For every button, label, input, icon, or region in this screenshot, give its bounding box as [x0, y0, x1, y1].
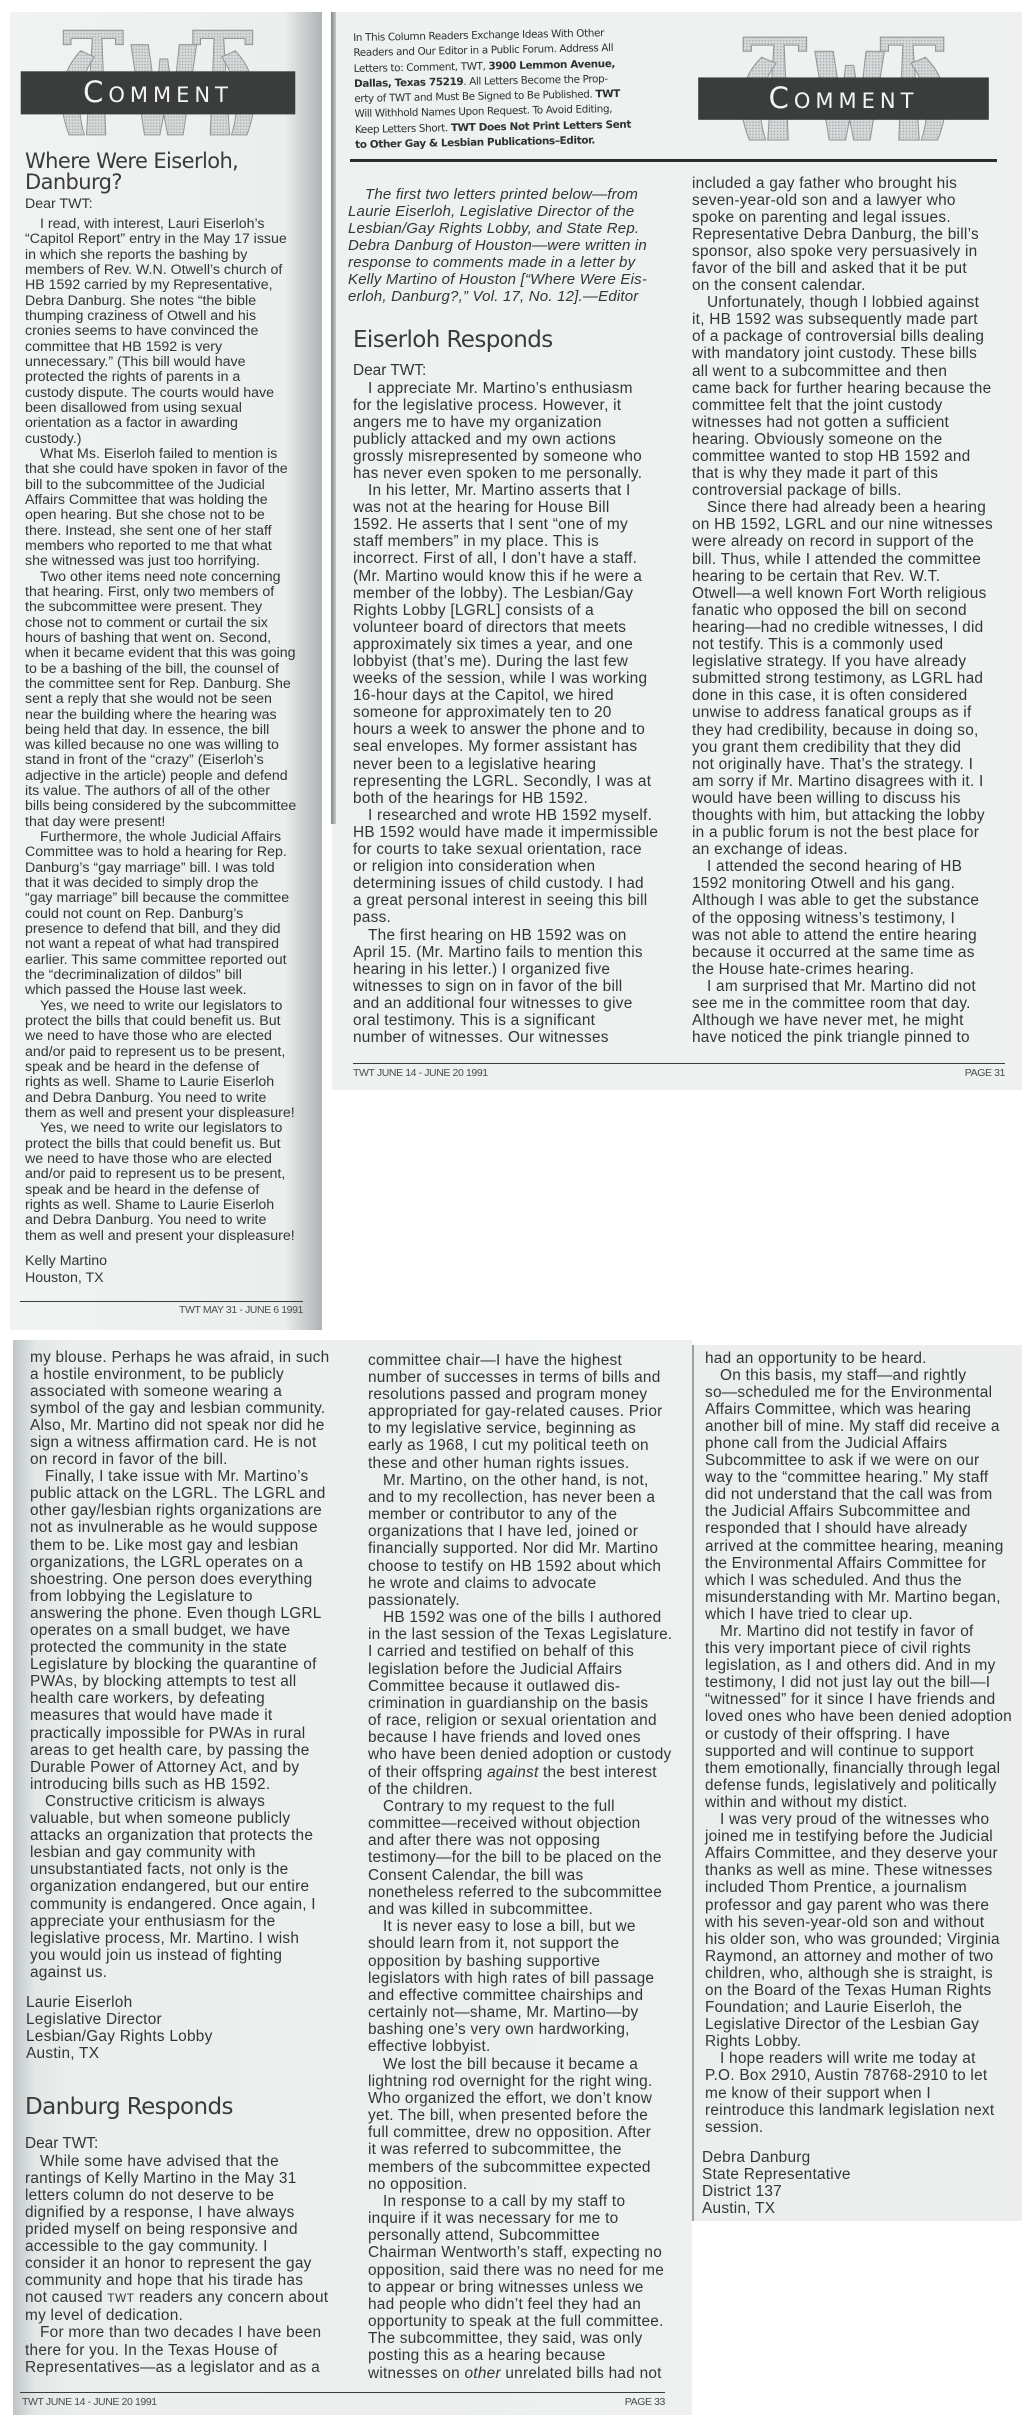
text-line: inquire if it was necessary for me to — [368, 2210, 672, 2227]
signature-line: Houston, TX — [25, 1270, 107, 1287]
text-line: not as invulnerable as he would suppose — [30, 1519, 329, 1536]
signature-line: Lesbian/Gay Rights Lobby — [26, 2028, 213, 2045]
text-line: Raymond, an attorney and mother of two — [705, 1948, 1012, 1965]
text-line: consider it an honor to represent the ga… — [25, 2255, 328, 2272]
text-line: his older son, who was grounded; Virgini… — [705, 1931, 1012, 1948]
text-line: being held that day. In essence, the bil… — [25, 723, 296, 738]
text-line: included a gay father who brought his — [692, 175, 993, 192]
footer-rule — [20, 1301, 303, 1302]
text-line: session. — [705, 2119, 1012, 2136]
text-line: done in this case, it is often considere… — [692, 687, 993, 704]
text-line: erloh, Danburg?,” Vol. 17, No. 12].—Edit… — [348, 288, 647, 305]
text-line: adjective in the article) people and def… — [25, 769, 296, 784]
text-line: For more than two decades I have been — [25, 2324, 328, 2341]
paragraph: For more than two decades I have beenthe… — [25, 2324, 328, 2375]
text-line: protected the rights of parents in a — [25, 370, 296, 385]
text-line: thumping craziness of Otwell and his — [25, 309, 296, 324]
text-line: stand in front of the “crazy” (Eiserloh’… — [25, 753, 296, 768]
text-line: hearing in his letter.) I organized five — [353, 961, 658, 978]
text-line: within and without my distict. — [705, 1794, 1012, 1811]
text-line: of their offspring against the best inte… — [368, 1764, 672, 1781]
text-line: I researched and wrote HB 1592 myself. — [353, 807, 658, 824]
text-run: of their offspring — [368, 1764, 487, 1781]
salutation: Dear TWT: — [353, 362, 426, 379]
comment-band: Comment — [699, 77, 988, 119]
text-line: The subcommittee, they said, was only — [368, 2330, 672, 2347]
signature-line: Austin, TX — [702, 2200, 851, 2217]
text-line: would have been willing to discuss his — [692, 790, 993, 807]
paragraph: It is never easy to lose a bill, but wes… — [368, 1918, 672, 2055]
text-line: to appear or bring witnesses unless we — [368, 2279, 672, 2296]
letter-body-continued: had an opportunity to be heard.On this b… — [705, 1350, 1012, 2136]
text-line: unsubstantiated facts, not only is the — [30, 1861, 329, 1878]
text-line: have noticed the pink triangle pinned to — [692, 1029, 993, 1046]
text-line: fanatic who opposed the bill on second — [692, 602, 993, 619]
text-line: them emotionally, financially through le… — [705, 1760, 1012, 1777]
text-line: unnecessary.” (This bill would have — [25, 355, 296, 370]
paragraph: Finally, I take issue with Mr. Martino’s… — [30, 1468, 329, 1793]
text-line: hours a week to answer the phone and to — [353, 721, 658, 738]
text-line: that she could have spoken in favor of t… — [25, 462, 296, 477]
paragraph: On this basis, my staff—and rightlyso—sc… — [705, 1367, 1012, 1623]
text-line: lightning rod overnight for the right wi… — [368, 2073, 672, 2090]
text-line: children, who, although she is straight,… — [705, 1965, 1012, 1982]
footer-rule — [20, 2392, 665, 2393]
text-line: favor of the bill and asked that it be p… — [692, 260, 993, 277]
text-line: personally attend, Subcommittee — [368, 2227, 672, 2244]
comment-band: Comment — [22, 71, 295, 114]
text-line: lobbyist (that’s me). During the last fe… — [353, 653, 658, 670]
text-line: Laurie Eiserloh, Legislative Director of… — [348, 203, 647, 220]
text-line: rights as well. Shame to Laurie Eiserloh — [25, 1198, 296, 1213]
text-line: bill to the subcommittee of the Judicial — [25, 478, 296, 493]
text-line: Danburg’s “gay marriage” bill. I was tol… — [25, 861, 296, 876]
text-line: Kelly Martino of Houston [“Where Were Ei… — [348, 271, 647, 288]
text-line: that is why they made it part of this — [692, 465, 993, 482]
text-run: the best interest — [539, 1764, 657, 1781]
text-line: my level of dedication. — [25, 2307, 328, 2324]
text-line: arrived at the committee hearing, meanin… — [705, 1538, 1012, 1555]
text-line: The first hearing on HB 1592 was on — [353, 927, 658, 944]
text-line: all went to a subcommittee and then — [692, 363, 993, 380]
text-line: to my legislative service, beginning as — [368, 1420, 672, 1437]
paragraph: I attended the second hearing of HB1592 … — [692, 858, 993, 978]
text-line: Subcommittee to ask if we were on our — [705, 1452, 1012, 1469]
comment-masthead: Comment — [13, 20, 303, 138]
text-line: cronies seems to have convinced the — [25, 324, 296, 339]
text-line: 1592 monitoring Otwell and his gang. — [692, 875, 993, 892]
signature-line: Austin, TX — [26, 2045, 213, 2062]
text-line: on the Board of the Texas Human Rights — [705, 1982, 1012, 1999]
text-line: legislative strategy. If you have alread… — [692, 653, 993, 670]
text-line: protect the bills that could benefit us.… — [25, 1014, 296, 1029]
text-line: the Judicial Affairs Subcommittee and — [705, 1503, 1012, 1520]
paragraph: Furthermore, the whole Judicial AffairsC… — [25, 830, 296, 999]
paragraph: I am surprised that Mr. Martino did nots… — [692, 978, 993, 1046]
text-line: Who organized the effort, we don’t know — [368, 2090, 672, 2107]
text-line: submitted strong testimony, as LGRL had — [692, 670, 993, 687]
signature-line: Kelly Martino — [25, 1253, 107, 1270]
text-line: measures that would have made it — [30, 1707, 329, 1724]
text-line: could not count on Rep. Danburg’s — [25, 907, 296, 922]
text-run: Keep Letters Short. — [355, 122, 451, 136]
paragraph: Constructive criticism is alwaysvaluable… — [30, 1793, 329, 1981]
masthead-label: Comment — [83, 78, 233, 107]
text-line: we need to have those who are elected — [25, 1029, 296, 1044]
text-line: representing the LGRL. Secondly, I was a… — [353, 773, 658, 790]
text-line: early as 1968, I cut my political teeth … — [368, 1437, 672, 1454]
text-line: had people who didn’t feel they had an — [368, 2296, 672, 2313]
text-line: I read, with interest, Lauri Eiserloh’s — [25, 217, 296, 232]
text-line: We lost the bill because it became a — [368, 2056, 672, 2073]
text-line: there for you. In the Texas House of — [25, 2342, 328, 2359]
text-run: Letters to: Comment, TWT, — [354, 60, 489, 75]
bold-text: TWT Does Not Print Letters Sent — [451, 118, 631, 133]
text-line: effective lobbyist. — [368, 2038, 672, 2055]
text-line: and/or paid to represent us to be presen… — [25, 1167, 296, 1182]
text-line: both of the hearings for HB 1592. — [353, 790, 658, 807]
text-line: of a package of controversial bills deal… — [692, 328, 993, 345]
text-line: financially supported. Nor did Mr. Marti… — [368, 1540, 672, 1557]
paragraph: Contrary to my request to the fullcommit… — [368, 1798, 672, 1918]
text-line: other gay/lesbian rights organizations a… — [30, 1502, 329, 1519]
text-line: and after there was not opposing — [368, 1832, 672, 1849]
italic-text: against — [487, 1764, 538, 1781]
text-line: earlier. This same committee reported ou… — [25, 953, 296, 968]
text-line: Unfortunately, though I lobbied against — [692, 294, 993, 311]
text-line: symbol of the gay and lesbian community. — [30, 1400, 329, 1417]
text-line: answering the phone. Even though LGRL — [30, 1605, 329, 1622]
letter-body-continued: committee chair—I have the highestnumber… — [368, 1352, 672, 2382]
text-line: loved ones who have been denied adoption — [705, 1708, 1012, 1725]
text-line: speak and be heard in the defense of — [25, 1060, 296, 1075]
text-line: and to my recollection, has never been a — [368, 1489, 672, 1506]
text-line: not caused TWT readers any concern about — [25, 2289, 328, 2307]
text-run: . All Letters Become the Prop- — [463, 73, 608, 88]
issue-date: TWT JUNE 14 - JUNE 20 1991 — [22, 2395, 157, 2409]
text-line: associated with someone wearing a — [30, 1383, 329, 1400]
text-line: on the consent calendar. — [692, 277, 993, 294]
text-line: orientation as a factor in awarding — [25, 416, 296, 431]
text-line: Legislature by blocking the quarantine o… — [30, 1656, 329, 1673]
text-line: and Debra Danburg. You need to write — [25, 1213, 296, 1228]
text-line: with mandatory joint custody. These bill… — [692, 345, 993, 362]
text-line: of race, religion or sexual orientation … — [368, 1712, 672, 1729]
text-line: community is endangered. Once again, I — [30, 1896, 329, 1913]
text-line: seal envelopes. My former assistant has — [353, 738, 658, 755]
text-line: on HB 1592, LGRL and our nine witnesses — [692, 516, 993, 533]
letter-body-continued: included a gay father who brought hissev… — [692, 175, 993, 1047]
text-line: the committee sent for Rep. Danburg. She — [25, 677, 296, 692]
text-line: nonetheless referred to the subcommittee — [368, 1884, 672, 1901]
text-line: HB 1592 carried by my Representative, — [25, 278, 296, 293]
text-line: Two other items need note concerning — [25, 570, 296, 585]
text-line: HB 1592 was one of the bills I authored — [368, 1609, 672, 1626]
text-line: sponsor, also spoke very persuasively in — [692, 243, 993, 260]
text-line: passionately. — [368, 1592, 672, 1609]
text-line: joined me in testifying before the Judic… — [705, 1828, 1012, 1845]
header-rule — [350, 159, 997, 162]
text-line: not originally have. That’s the strategy… — [692, 756, 993, 773]
text-line: opposition by bashing supportive — [368, 1953, 672, 1970]
text-line: dignified by a response, I have always — [25, 2204, 328, 2221]
text-line: he wrote and claims to advocate — [368, 1575, 672, 1592]
paragraph: I researched and wrote HB 1592 myself.HB… — [353, 807, 658, 927]
text-line: should learn from it, not support the — [368, 1935, 672, 1952]
text-line: posting this as a hearing because — [368, 2347, 672, 2364]
text-line: never been to a legislative hearing — [353, 756, 658, 773]
text-line: had an opportunity to be heard. — [705, 1350, 1012, 1367]
text-line: introducing bills such as HB 1592. — [30, 1776, 329, 1793]
text-line: me know of their support when I — [705, 2085, 1012, 2102]
letter-body-continued: my blouse. Perhaps he was afraid, in suc… — [30, 1349, 329, 1981]
headline: Where Were Eiserloh,Danburg? — [25, 151, 238, 192]
signature-line: State Representative — [702, 2166, 851, 2183]
text-line: What Ms. Eiserloh failed to mention is — [25, 447, 296, 462]
text-line: the “decriminalization of dildos” bill — [25, 968, 296, 983]
text-line: hours of bashing that went on. Second, — [25, 631, 296, 646]
text-line: did not understand that the call was fro… — [705, 1486, 1012, 1503]
italic-text: other — [465, 2365, 501, 2382]
text-line: testimony—for the bill to be placed on t… — [368, 1849, 672, 1866]
text-line: attacks an organization that protects th… — [30, 1827, 329, 1844]
text-line: certainly not—shame, Mr. Martino—by — [368, 2004, 672, 2021]
text-line: “Capitol Report” entry in the May 17 iss… — [25, 232, 296, 247]
text-line: included Thom Prentice, a journalism — [705, 1879, 1012, 1896]
text-line: Furthermore, the whole Judicial Affairs — [25, 830, 296, 845]
letter-body: While some have advised that therantings… — [25, 2153, 328, 2376]
text-line: opportunity to speak at the full committ… — [368, 2313, 672, 2330]
text-line: another bill of mine. My staff did recei… — [705, 1418, 1012, 1435]
text-line: Otwell—a well known Fort Worth religious — [692, 585, 993, 602]
text-line: In response to a call by my staff to — [368, 2193, 672, 2210]
text-line: and Debra Danburg. You need to write — [25, 1091, 296, 1106]
text-line: prided myself on being responsive and — [25, 2221, 328, 2238]
paragraph: Yes, we need to write our legislators to… — [25, 999, 296, 1122]
text-line: public attack on the LGRL. The LGRL and — [30, 1485, 329, 1502]
text-line: not want a repeat of what had transpired — [25, 937, 296, 952]
text-line: open hearing. But she chose not to be — [25, 508, 296, 523]
bold-text: to Other Gay & Lesbian Publications–Edit… — [355, 134, 595, 151]
text-line: determining issues of child custody. I h… — [353, 875, 658, 892]
paragraph: We lost the bill because it became aligh… — [368, 2056, 672, 2193]
text-line: yet. The bill, when presented before the — [368, 2107, 672, 2124]
text-line: unwise to address fanatical groups as if — [692, 704, 993, 721]
headline-line: Danburg? — [25, 172, 238, 193]
text-line: crimination in guardianship on the basis — [368, 1695, 672, 1712]
text-line: my blouse. Perhaps he was afraid, in suc… — [30, 1349, 329, 1366]
paragraph: In This Column Readers Exchange Ideas Wi… — [353, 26, 631, 153]
paragraph: I appreciate Mr. Martino’s enthusiasmfor… — [353, 380, 658, 483]
paragraph: In his letter, Mr. Martino asserts that … — [353, 482, 658, 807]
text-line: committee wanted to stop HB 1592 and — [692, 448, 993, 465]
text-line: members of Rev. W.N. Otwell’s church of — [25, 263, 296, 278]
text-line: Durable Power of Attorney Act, and by — [30, 1759, 329, 1776]
text-line: response to comments made in a letter by — [348, 254, 647, 271]
text-line: committee that HB 1592 is very — [25, 340, 296, 355]
text-line: oral testimony. This is a significant — [353, 1012, 658, 1029]
text-line: was not at the hearing for House Bill — [353, 499, 658, 516]
letter-body: I appreciate Mr. Martino’s enthusiasmfor… — [353, 380, 658, 1047]
text-line: number of successes in terms of bills an… — [368, 1369, 672, 1386]
text-line: for the legislative process. However, it — [353, 397, 658, 414]
paragraph: I was very proud of the witnesses whojoi… — [705, 1811, 1012, 2050]
text-line: a hostile environment, to be publicly — [30, 1366, 329, 1383]
text-line: incorrect. First of all, I don’t have a … — [353, 550, 658, 567]
text-line: witnesses on other unrelated bills had n… — [368, 2365, 672, 2382]
issue-date: TWT MAY 31 - JUNE 6 1991 — [179, 1303, 303, 1317]
text-line: or religion into consideration when — [353, 858, 658, 875]
page-number: PAGE 31 — [965, 1066, 1005, 1080]
text-line: Yes, we need to write our legislators to — [25, 999, 296, 1014]
text-line: them as well and present your displeasur… — [25, 1229, 296, 1244]
signature-line: District 137 — [702, 2183, 851, 2200]
text-line: this very important piece of civil right… — [705, 1640, 1012, 1657]
text-run: unrelated bills had not — [501, 2365, 662, 2382]
text-line: a great personal interest in seeing this… — [353, 892, 658, 909]
text-line: Affairs Committee that was holding the — [25, 493, 296, 508]
text-line: you would join us instead of fighting — [30, 1947, 329, 1964]
text-line: the Environmental Affairs Committee for — [705, 1555, 1012, 1572]
text-line: in which she reports the bashing by — [25, 248, 296, 263]
text-line: supported and will continue to support — [705, 1743, 1012, 1760]
text-line: Mr. Martino, on the other hand, is not, — [368, 1472, 672, 1489]
text-line: phone call from the Judicial Affairs — [705, 1435, 1012, 1452]
text-line: on record in favor of the bill. — [30, 1451, 329, 1468]
text-line: speak and be heard in the defense of — [25, 1183, 296, 1198]
text-line: someone for approximately ten to 20 — [353, 704, 658, 721]
text-line: Affairs Committee, and they deserve your — [705, 1845, 1012, 1862]
text-line: and an additional four witnesses to give — [353, 995, 658, 1012]
text-line: its value. The authors of all of the oth… — [25, 784, 296, 799]
text-line: and/or paid to represent us to be presen… — [25, 1045, 296, 1060]
text-line: members of the subcommittee expected — [368, 2159, 672, 2176]
text-line: was killed because no one was willing to — [25, 738, 296, 753]
text-line: were already on record in support of the — [692, 533, 993, 550]
text-line: or custody of their offspring. I have — [705, 1726, 1012, 1743]
text-line: been disallowed from using sexual — [25, 401, 296, 416]
text-line: letters column do not deserve to be — [25, 2187, 328, 2204]
editor-note: The first two letters printed below—from… — [348, 186, 647, 305]
text-line: witnesses to sign on in favor of the bil… — [353, 978, 658, 995]
text-line: in a public forum is not the best place … — [692, 824, 993, 841]
paragraph: Yes, we need to write our legislators to… — [25, 1121, 296, 1244]
text-line: Committee because it outlawed dis- — [368, 1678, 672, 1695]
text-line: hearing to be certain that Rev. W.T. — [692, 568, 993, 585]
text-run: witnesses on — [368, 2365, 465, 2382]
text-line: testimony, I did not just lay out the bi… — [705, 1674, 1012, 1691]
text-run: not caused — [25, 2289, 107, 2306]
signature-line: Laurie Eiserloh — [26, 1994, 213, 2011]
text-line: and was killed in subcommittee. — [368, 1901, 672, 1918]
text-line: Although I was able to get the substance — [692, 892, 993, 909]
text-line: sign a witness affirmation card. He is n… — [30, 1434, 329, 1451]
paragraph: my blouse. Perhaps he was afraid, in suc… — [30, 1349, 329, 1469]
footer-rule — [353, 1063, 1005, 1064]
text-line: angers me to have my organization — [353, 414, 658, 431]
text-line: defense funds, legislatively and politic… — [705, 1777, 1012, 1794]
signature: Debra DanburgState RepresentativeDistric… — [702, 2149, 851, 2217]
text-line: there. Instead, she sent one of her staf… — [25, 524, 296, 539]
text-line: I appreciate Mr. Martino’s enthusiasm — [353, 380, 658, 397]
text-line: them as well and present your displeasur… — [25, 1106, 296, 1121]
text-line: Finally, I take issue with Mr. Martino’s — [30, 1468, 329, 1485]
paragraph: What Ms. Eiserloh failed to mention isth… — [25, 447, 296, 570]
text-line: Lesbian/Gay Rights Lobby, and State Rep. — [348, 220, 647, 237]
text-line: grossly misrepresented by someone who — [353, 448, 658, 465]
text-line: chose not to comment or curtail the six — [25, 616, 296, 631]
text-line: Affairs Committee, which was hearing — [705, 1401, 1012, 1418]
text-line: bill. Thus, while I attended the committ… — [692, 551, 993, 568]
text-line: them to be. Like most gay and lesbian — [30, 1537, 329, 1554]
text-line: “witnessed” for it since I have friends … — [705, 1691, 1012, 1708]
text-line: resolutions passed and program money — [368, 1386, 672, 1403]
text-line: P.O. Box 2910, Austin 78768-2910 to let — [705, 2067, 1012, 2084]
text-line: opposition, said there was no need for m… — [368, 2262, 672, 2279]
letter-body: I read, with interest, Lauri Eiserloh’s“… — [25, 217, 296, 1244]
text-line: an exchange of ideas. — [692, 841, 993, 858]
text-line: has never even spoken to me personally. — [353, 465, 658, 482]
text-line: they had credibility, because in doing s… — [692, 722, 993, 739]
text-line: to be a bashing of the bill, the counsel… — [25, 662, 296, 677]
text-line: Yes, we need to write our legislators to — [25, 1121, 296, 1136]
signature: Kelly MartinoHouston, TX — [25, 1253, 107, 1287]
paragraph: had an opportunity to be heard. — [705, 1350, 1012, 1367]
text-line: Since there had already been a hearing — [692, 499, 993, 516]
signature-line: Debra Danburg — [702, 2149, 851, 2166]
text-line: for courts to take sexual orientation, r… — [353, 841, 658, 858]
text-line: sent a reply that she would not be seen — [25, 692, 296, 707]
text-line: see me in the committee room that day. — [692, 995, 993, 1012]
text-line: no opposition. — [368, 2176, 672, 2193]
signature-line: Legislative Director — [26, 2011, 213, 2028]
text-line: not testify. This is a commonly used — [692, 636, 993, 653]
text-line: in the last session of the Texas Legisla… — [368, 1626, 672, 1643]
issue-date: TWT JUNE 14 - JUNE 20 1991 — [353, 1066, 488, 1080]
text-line: and effective committee chairships and — [368, 1987, 672, 2004]
text-line: accessible to the gay community. I — [25, 2238, 328, 2255]
text-line: Foundation; and Laurie Eiserloh, the — [705, 1999, 1012, 2016]
paragraph: Unfortunately, though I lobbied againsti… — [692, 294, 993, 499]
paragraph: Mr. Martino did not testify in favor oft… — [705, 1623, 1012, 1811]
paragraph: In response to a call by my staff toinqu… — [368, 2193, 672, 2382]
comment-masthead: Comment — [690, 27, 997, 143]
text-line: way to the “committee hearing.” My staff — [705, 1469, 1012, 1486]
text-line: so—scheduled me for the Environmental — [705, 1384, 1012, 1401]
text-line: professor and gay parent who was there — [705, 1897, 1012, 1914]
text-line: the House hate-crimes hearing. — [692, 961, 993, 978]
text-line: weeks of the session, while I was workin… — [353, 670, 658, 687]
text-line: bashing one’s very own hardworking, — [368, 2021, 672, 2038]
paragraph: Since there had already been a hearingon… — [692, 499, 993, 858]
text-line: of the opposing witness’s testimony, I — [692, 910, 993, 927]
text-line: which I have tried to clear up. — [705, 1606, 1012, 1623]
text-line: controversial package of bills. — [692, 482, 993, 499]
text-line: Committee was to hold a hearing for Rep. — [25, 845, 296, 860]
headline: Danburg Responds — [25, 2093, 233, 2121]
text-line: that it was decided to simply drop the — [25, 876, 296, 891]
text-line: April 15. (Mr. Martino fails to mention … — [353, 944, 658, 961]
text-line: Chairman Wentworth’s staff, expecting no — [368, 2244, 672, 2261]
text-line: thoughts with him, but attacking the lob… — [692, 807, 993, 824]
paragraph: included a gay father who brought hissev… — [692, 175, 993, 295]
text-line: I am surprised that Mr. Martino did not — [692, 978, 993, 995]
text-line: with his seven-year-old son and without — [705, 1914, 1012, 1931]
masthead-label: Comment — [769, 84, 919, 113]
text-line: practically impossible for PWAs in rural — [30, 1725, 329, 1742]
text-line: committee felt that the joint custody — [692, 397, 993, 414]
text-line: I hope readers will write me today at — [705, 2050, 1012, 2067]
